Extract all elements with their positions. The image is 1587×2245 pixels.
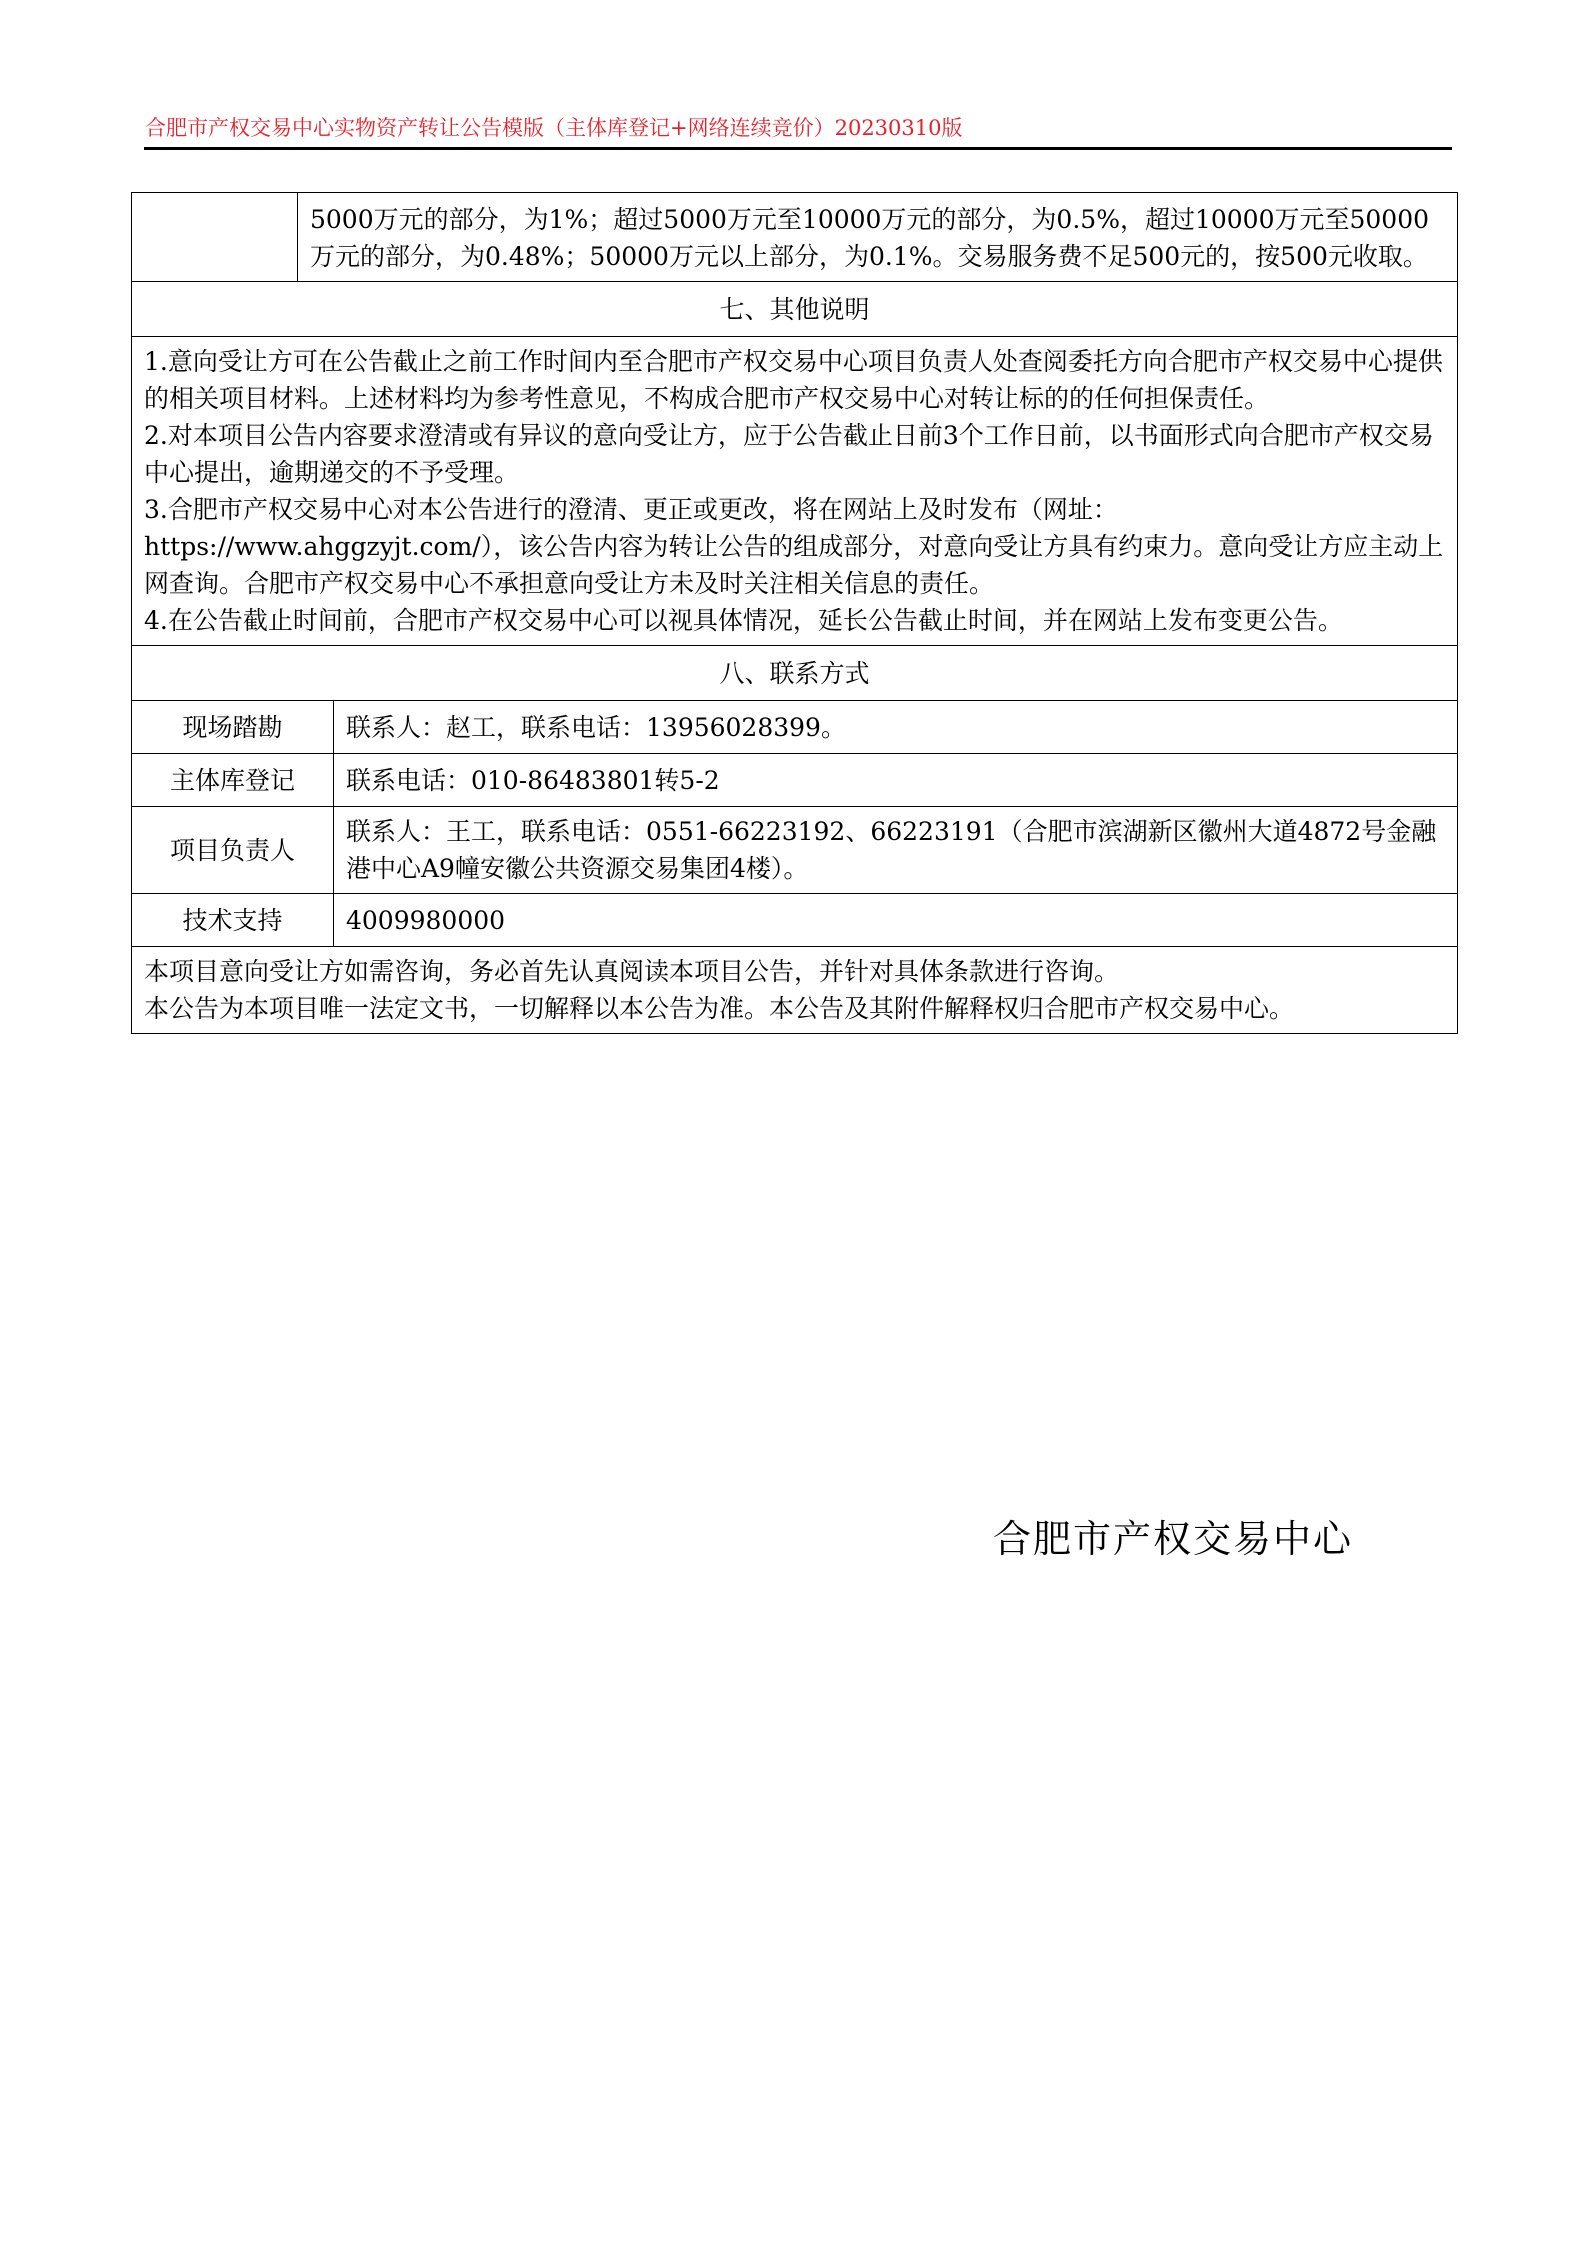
fee-text: 5000万元的部分，为1%；超过5000万元至10000万元的部分，为0.5%，… bbox=[298, 193, 1458, 282]
header-divider bbox=[144, 147, 1452, 150]
document-header-title: 合肥市产权交易中心实物资产转让公告模版（主体库登记+网络连续竞价）2023031… bbox=[145, 112, 962, 142]
contact-label: 主体库登记 bbox=[132, 754, 334, 807]
footer-note: 本项目意向受让方如需咨询，务必首先认真阅读本项目公告，并针对具体条款进行咨询。 bbox=[144, 953, 1445, 990]
note-item: 4.在公告截止时间前，合肥市产权交易中心可以视具体情况，延长公告截止时间，并在网… bbox=[144, 602, 1445, 639]
contact-value: 4009980000 bbox=[334, 894, 1458, 947]
note-item: 2.对本项目公告内容要求澄清或有异议的意向受让方，应于公告截止日前3个工作日前，… bbox=[144, 417, 1445, 491]
footer-notes-cell: 本项目意向受让方如需咨询，务必首先认真阅读本项目公告，并针对具体条款进行咨询。 … bbox=[132, 947, 1458, 1034]
contact-value: 联系电话：010-86483801转5-2 bbox=[334, 754, 1458, 807]
contact-value: 联系人：王工，联系电话：0551-66223192、66223191（合肥市滨湖… bbox=[334, 807, 1458, 894]
note-item: 1.意向受让方可在公告截止之前工作时间内至合肥市产权交易中心项目负责人处查阅委托… bbox=[144, 343, 1445, 417]
other-notes-body: 1.意向受让方可在公告截止之前工作时间内至合肥市产权交易中心项目负责人处查阅委托… bbox=[132, 337, 1458, 646]
section-heading: 七、其他说明 bbox=[132, 282, 1458, 337]
contact-label: 项目负责人 bbox=[132, 807, 334, 894]
note-item: 3.合肥市产权交易中心对本公告进行的澄清、更正或更改，将在网站上及时发布（网址：… bbox=[144, 491, 1445, 602]
contact-value: 联系人：赵工，联系电话：13956028399。 bbox=[334, 701, 1458, 754]
announcement-table: 5000万元的部分，为1%；超过5000万元至10000万元的部分，为0.5%，… bbox=[131, 192, 1458, 1034]
contact-row: 技术支持 4009980000 bbox=[132, 894, 1458, 947]
footer-notes-row: 本项目意向受让方如需咨询，务必首先认真阅读本项目公告，并针对具体条款进行咨询。 … bbox=[132, 947, 1458, 1034]
footer-note: 本公告为本项目唯一法定文书，一切解释以本公告为准。本公告及其附件解释权归合肥市产… bbox=[144, 990, 1445, 1027]
section-contact-header: 八、联系方式 bbox=[132, 646, 1458, 701]
contact-label: 现场踏勘 bbox=[132, 701, 334, 754]
signature: 合肥市产权交易中心 bbox=[993, 1508, 1353, 1563]
contact-label: 技术支持 bbox=[132, 894, 334, 947]
section-heading: 八、联系方式 bbox=[132, 646, 1458, 701]
fee-label-cell bbox=[132, 193, 298, 282]
fee-row: 5000万元的部分，为1%；超过5000万元至10000万元的部分，为0.5%，… bbox=[132, 193, 1458, 282]
other-notes-cell: 1.意向受让方可在公告截止之前工作时间内至合肥市产权交易中心项目负责人处查阅委托… bbox=[132, 337, 1458, 646]
contact-row: 现场踏勘 联系人：赵工，联系电话：13956028399。 bbox=[132, 701, 1458, 754]
section-other-notes-header: 七、其他说明 bbox=[132, 282, 1458, 337]
contact-row: 主体库登记 联系电话：010-86483801转5-2 bbox=[132, 754, 1458, 807]
contact-row: 项目负责人 联系人：王工，联系电话：0551-66223192、66223191… bbox=[132, 807, 1458, 894]
